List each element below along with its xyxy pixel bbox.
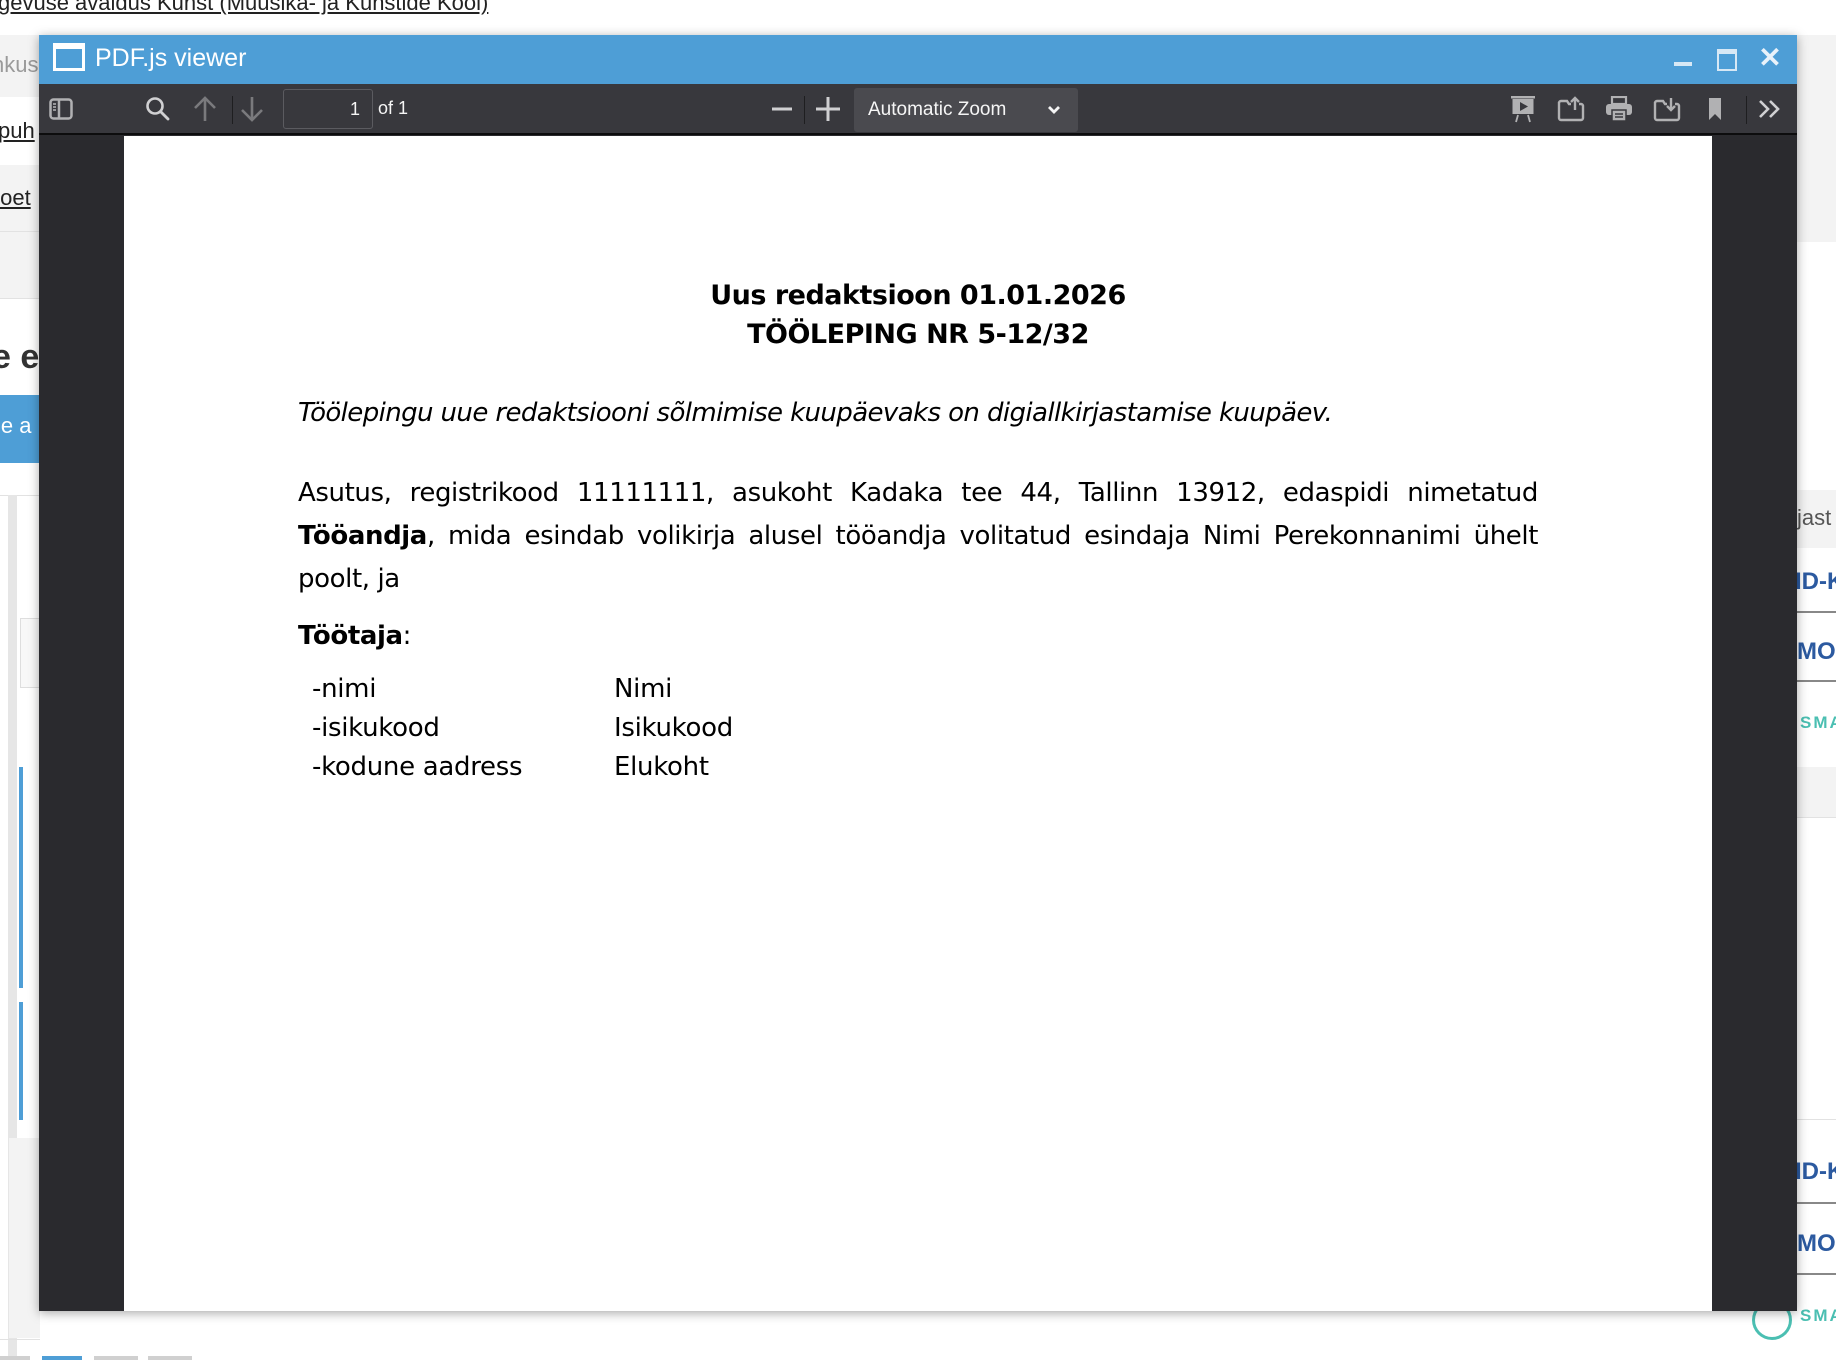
bookmark-button[interactable] — [1698, 92, 1732, 126]
bookmark-icon — [1706, 96, 1724, 122]
divider — [0, 298, 40, 299]
divider — [1797, 680, 1836, 682]
previous-page-button[interactable] — [188, 92, 222, 126]
presentation-mode-button[interactable] — [1506, 92, 1540, 126]
divider — [1797, 1273, 1836, 1275]
chevron-down-icon — [1046, 98, 1062, 120]
tools-menu-button[interactable] — [1753, 92, 1787, 126]
pdf-viewer-window: PDF.js viewer ✕ — [39, 35, 1797, 1311]
page-count: of 1 — [378, 98, 408, 119]
background-band — [1797, 35, 1836, 242]
zoom-select-value: Automatic Zoom — [868, 99, 1006, 120]
id-card-button[interactable]: ID-KAART — [1795, 568, 1836, 596]
paragraph-text: Asutus, registrikood 11111111, asukoht K… — [298, 478, 1538, 508]
next-page-button[interactable] — [235, 92, 269, 126]
pdf-toolbar: of 1 Automatic Zoom — [39, 84, 1797, 135]
document-contract-number: TÖÖLEPING NR 5-12/32 — [124, 319, 1712, 350]
separator — [804, 96, 805, 124]
background-link[interactable]: puh — [0, 118, 35, 144]
field-label: -kodune aadress — [312, 752, 522, 782]
employer-label: Tööandja — [298, 521, 427, 551]
divider — [0, 1339, 40, 1340]
employee-heading: Töötaja: — [298, 621, 411, 651]
field-label: -nimi — [312, 674, 376, 704]
separator — [232, 96, 233, 124]
sidebar-toggle-button[interactable] — [44, 92, 78, 126]
window-titlebar[interactable]: PDF.js viewer ✕ — [39, 35, 1797, 84]
field-value: Elukoht — [614, 752, 709, 782]
presentation-mode-icon — [1510, 95, 1536, 123]
search-icon — [145, 96, 171, 122]
background-tab-active[interactable] — [42, 1356, 82, 1360]
window-icon — [53, 43, 85, 71]
background-band — [0, 232, 40, 298]
find-button[interactable] — [141, 92, 175, 126]
document-parties-paragraph: Asutus, registrikood 11111111, asukoht K… — [298, 472, 1538, 601]
download-button[interactable] — [1650, 92, 1684, 126]
pdf-viewer-container[interactable]: Uus redaktsioon 01.01.2026 TÖÖLEPING NR … — [39, 135, 1797, 1311]
close-icon: ✕ — [1758, 42, 1781, 73]
background-button[interactable]: le a — [0, 395, 40, 463]
document-title: Uus redaktsioon 01.01.2026 — [124, 280, 1712, 311]
separator — [1746, 96, 1747, 124]
smart-id-button[interactable]: SMART-ID — [1800, 713, 1836, 733]
divider — [1797, 1202, 1836, 1204]
zoom-in-button[interactable] — [811, 92, 845, 126]
background-accent-bar — [19, 767, 23, 988]
screen: gevuse avaldus Kunst (Muusika- ja Kunsti… — [0, 0, 1836, 1360]
employee-label: Töötaja — [298, 621, 403, 651]
double-chevron-right-icon — [1757, 97, 1783, 121]
divider — [1797, 1119, 1836, 1120]
window-title: PDF.js viewer — [95, 44, 246, 73]
divider — [1797, 817, 1836, 818]
background-heading: e e — [0, 338, 39, 377]
background-accent-bar — [19, 1002, 23, 1120]
mobile-id-button[interactable]: MOBIIL-ID — [1797, 1230, 1836, 1258]
open-file-icon — [1557, 96, 1585, 122]
minus-icon — [770, 97, 794, 121]
print-button[interactable] — [1602, 92, 1636, 126]
background-page-link[interactable]: gevuse avaldus Kunst (Muusika- ja Kunsti… — [0, 0, 488, 16]
background-tab[interactable] — [94, 1356, 138, 1360]
print-icon — [1605, 96, 1633, 122]
sidebar-toggle-icon — [49, 98, 73, 120]
plus-icon — [815, 96, 841, 122]
background-link[interactable]: toet — [0, 185, 31, 211]
background-tab[interactable] — [148, 1356, 192, 1360]
zoom-out-button[interactable] — [765, 92, 799, 126]
arrow-up-icon — [193, 95, 217, 123]
close-button[interactable]: ✕ — [1755, 43, 1785, 73]
mobile-id-button[interactable]: MOBIIL-ID — [1797, 638, 1836, 666]
page-number-input[interactable] — [283, 89, 373, 129]
document-note: Töölepingu uue redaktsiooni sõlmimise ku… — [298, 398, 1332, 428]
background-label: nkus — [0, 52, 38, 78]
smart-id-button[interactable]: SMART-ID — [1800, 1306, 1836, 1326]
background-tab[interactable] — [0, 1356, 30, 1360]
zoom-select[interactable]: Automatic Zoom — [854, 88, 1078, 132]
paragraph-text: , mida esindab volikirja alusel tööandja… — [298, 521, 1538, 594]
background-band — [9, 1138, 40, 1338]
minimize-button[interactable] — [1669, 43, 1699, 73]
id-card-button[interactable]: ID-KAART — [1795, 1158, 1836, 1186]
background-button-label: le a — [0, 413, 31, 439]
maximize-button[interactable] — [1711, 43, 1741, 73]
divider — [0, 495, 40, 496]
field-value: Isikukood — [614, 713, 733, 743]
open-file-button[interactable] — [1554, 92, 1588, 126]
field-value: Nimi — [614, 674, 672, 704]
background-text: jast — [1797, 505, 1831, 531]
download-icon — [1653, 96, 1681, 122]
background-band — [1797, 767, 1836, 817]
employee-colon: : — [403, 621, 411, 651]
arrow-down-icon — [240, 95, 264, 123]
pdf-page: Uus redaktsioon 01.01.2026 TÖÖLEPING NR … — [124, 136, 1712, 1311]
field-label: -isikukood — [312, 713, 440, 743]
divider — [1797, 611, 1836, 613]
